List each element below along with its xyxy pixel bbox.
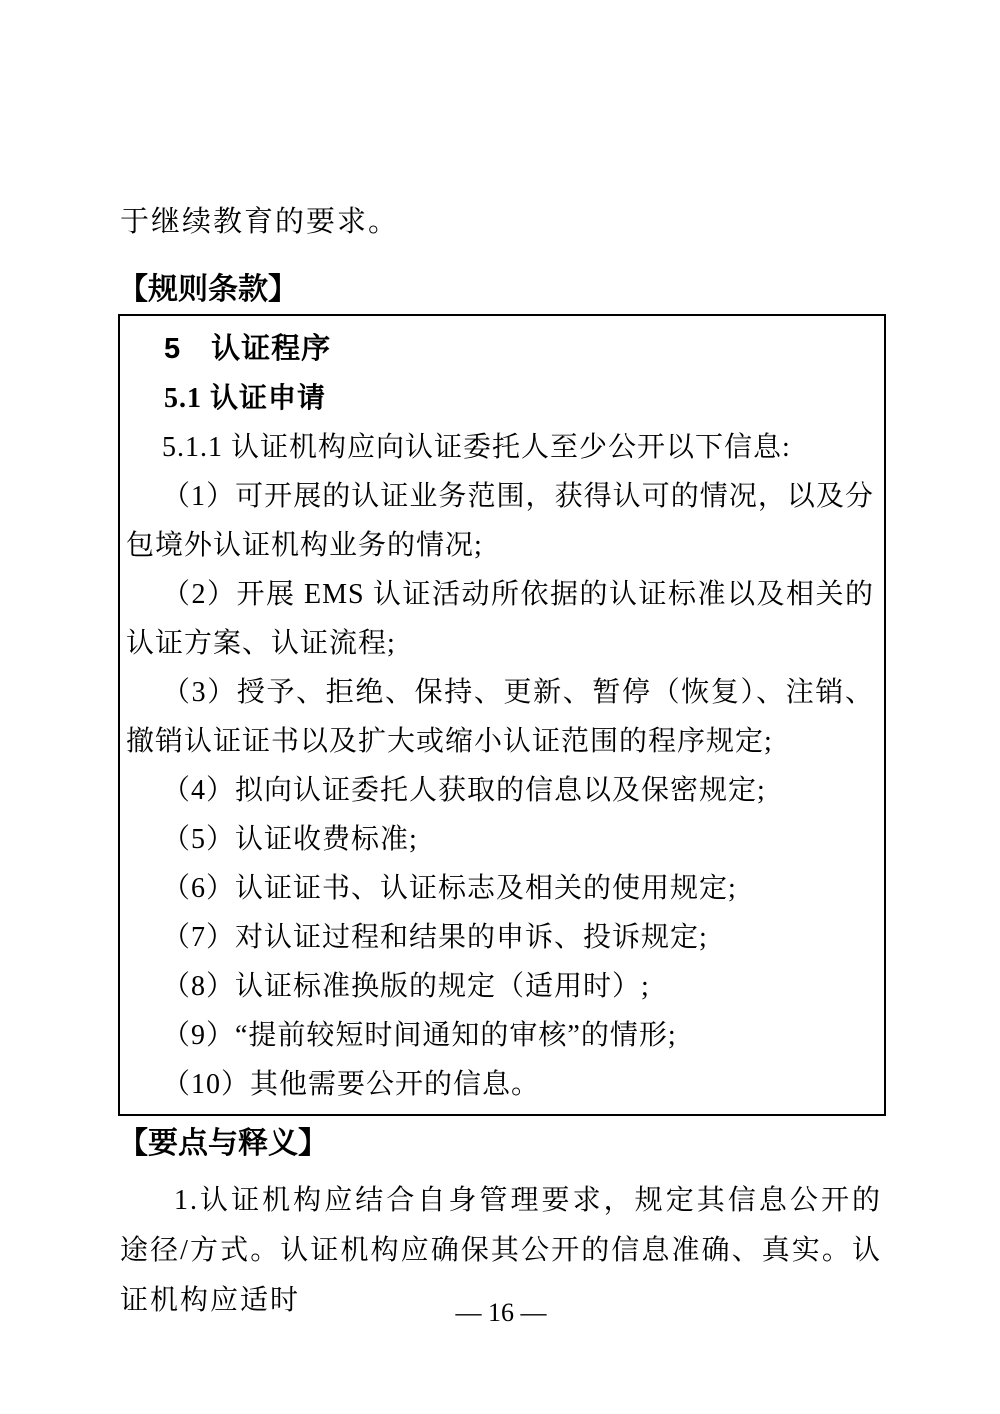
clause-item-10: （10）其他需要公开的信息。 xyxy=(126,1060,874,1109)
clause-item-3: （3）授予、拒绝、保持、更新、暂停（恢复）、注销、撤销认证证书以及扩大或缩小认证… xyxy=(126,668,874,766)
page-number: — 16 — xyxy=(120,1298,882,1328)
rules-section-header: 【规则条款】 xyxy=(118,272,298,308)
clause-item-5: （5）认证收费标准; xyxy=(126,815,874,864)
clause-item-1: （1）可开展的认证业务范围，获得认可的情况，以及分包境外认证机构业务的情况; xyxy=(126,472,874,570)
clause-item-4: （4）拟向认证委托人获取的信息以及保密规定; xyxy=(126,766,874,815)
notes-section-header: 【要点与释义】 xyxy=(118,1126,328,1162)
clause-item-6: （6）认证证书、认证标志及相关的使用规定; xyxy=(126,864,874,913)
clause-item-7: （7）对认证过程和结果的申诉、投诉规定; xyxy=(126,913,874,962)
document-page: 于继续教育的要求。 【规则条款】 5 认证程序 5.1 认证申请 5.1.1 认… xyxy=(0,0,1000,1414)
clause-item-9: （9）“提前较短时间通知的审核”的情形; xyxy=(126,1011,874,1060)
clause-item-2: （2）开展 EMS 认证活动所依据的认证标准以及相关的认证方案、认证流程; xyxy=(126,570,874,668)
clause-box: 5 认证程序 5.1 认证申请 5.1.1 认证机构应向认证委托人至少公开以下信… xyxy=(118,314,886,1116)
chapter-heading: 5 认证程序 xyxy=(126,324,874,374)
section-heading: 5.1 认证申请 xyxy=(126,374,874,423)
clause-item-8: （8）认证标准换版的规定（适用时）; xyxy=(126,962,874,1011)
clause-lead: 5.1.1 认证机构应向认证委托人至少公开以下信息: xyxy=(126,423,874,472)
intro-paragraph: 于继续教育的要求。 xyxy=(120,201,886,243)
